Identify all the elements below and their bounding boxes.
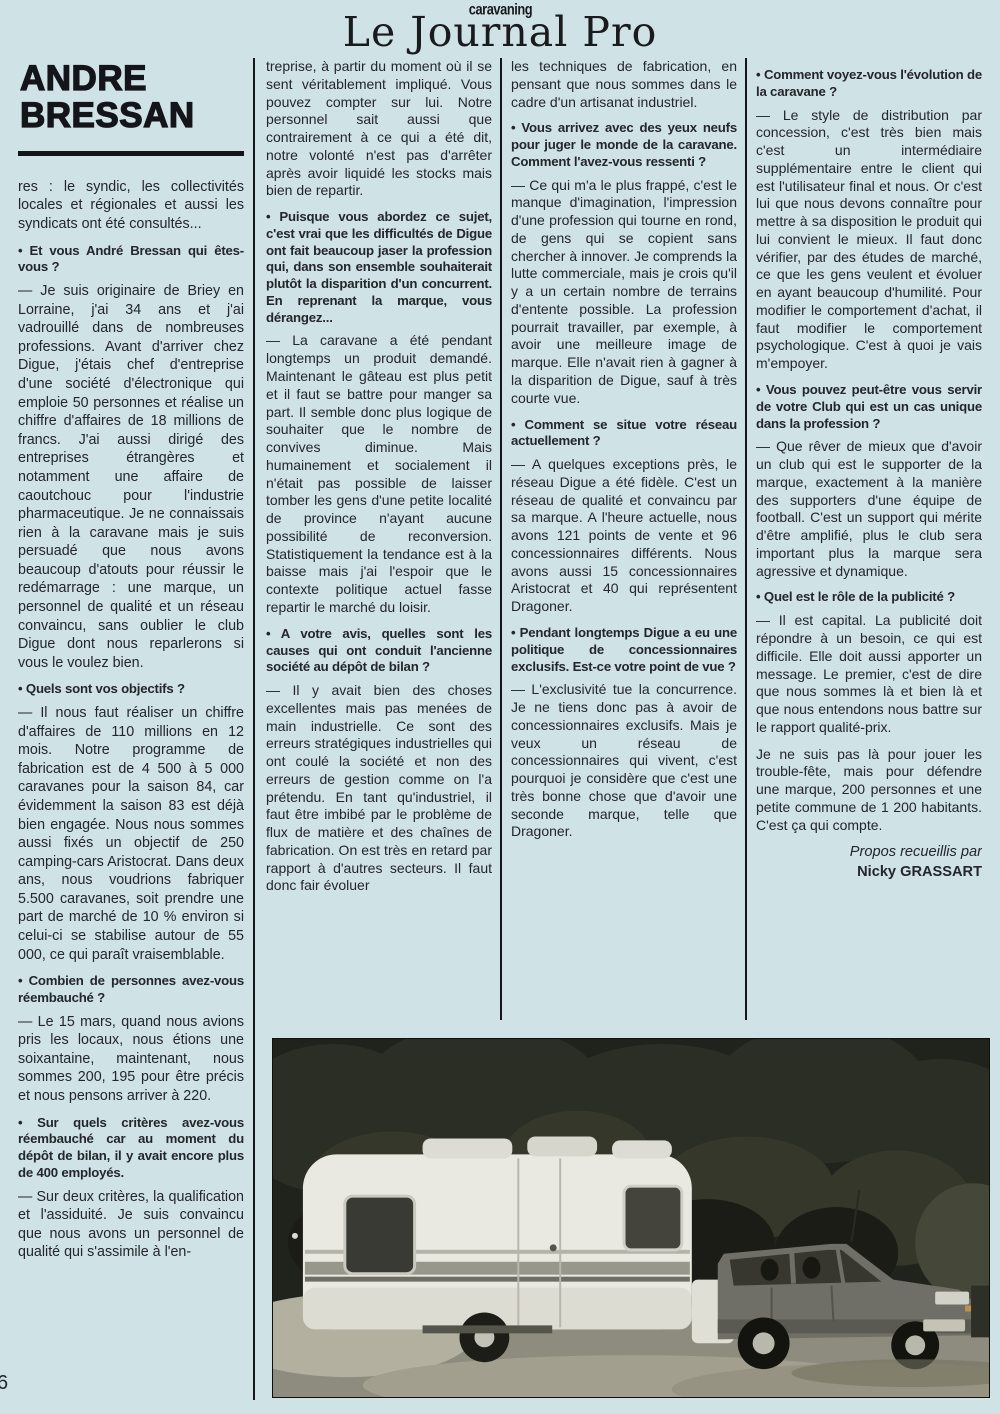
page-number: 6	[0, 1372, 8, 1395]
photo-illustration	[273, 1039, 989, 1397]
paragraph: les techniques de fabrication, en pensan…	[511, 58, 737, 111]
masthead-overline: caravaning	[468, 1, 531, 17]
interview-answer: — L'exclusivité tue la concurrence. Je n…	[511, 681, 737, 841]
interview-answer: — Je suis originaire de Briey en Lorrain…	[18, 282, 244, 672]
interview-answer: — Que rêver de mieux que d'avoir un club…	[756, 438, 982, 580]
interview-question: • Quel est le rôle de la publicité ?	[756, 589, 982, 606]
interview-answer: — La caravane a été pendant longtemps un…	[266, 332, 492, 616]
paragraph: treprise, à partir du moment où il se se…	[266, 58, 492, 200]
interview-answer: — Il nous faut réaliser un chiffre d'aff…	[18, 704, 244, 964]
column-rule-2	[500, 58, 502, 1020]
byline-name: Nicky GRASSART	[756, 863, 982, 883]
interview-answer: — A quelques exceptions près, le réseau …	[511, 456, 737, 616]
interview-question: • Comment se situe votre réseau actuelle…	[511, 417, 737, 451]
interview-question: • A votre avis, quelles sont les causes …	[266, 626, 492, 676]
interview-question: • Et vous André Bressan qui êtes-vous ?	[18, 243, 244, 277]
interview-answer: — Le 15 mars, quand nous avions pris les…	[18, 1013, 244, 1106]
column-1: ANDRE BRESSAN res : le syndic, les colle…	[18, 58, 244, 1406]
paragraph: res : le syndic, les collectivités local…	[18, 178, 244, 234]
headline-line-1: ANDRE	[20, 60, 244, 97]
interview-answer: — Il est capital. La publicité doit répo…	[756, 612, 982, 736]
column-4: • Comment voyez-vous l'évolution de la c…	[756, 58, 982, 1030]
column-2: treprise, à partir du moment où il se se…	[266, 58, 492, 1026]
column-rule-1	[253, 58, 255, 1400]
headline-rule	[18, 151, 244, 156]
magazine-page: caravaning Le Journal Pro ANDRE BRESSAN …	[0, 0, 1000, 1414]
masthead: caravaning Le Journal Pro	[0, 2, 1000, 53]
interview-question: • Quels sont vos objectifs ?	[18, 681, 244, 698]
interview-answer: — Ce qui m'a le plus frappé, c'est le ma…	[511, 177, 737, 408]
interview-question: • Vous arrivez avec des yeux neufs pour …	[511, 120, 737, 170]
interview-question: • Combien de personnes avez-vous réembau…	[18, 973, 244, 1007]
column-3: les techniques de fabrication, en pensan…	[511, 58, 737, 1026]
column-rule-3	[745, 58, 747, 1020]
interview-question: • Puisque vous abordez ce sujet, c'est v…	[266, 209, 492, 326]
interview-question: • Pendant longtemps Digue a eu une polit…	[511, 625, 737, 675]
byline: Propos recueillis par Nicky GRASSART	[756, 843, 982, 882]
interview-answer: — Le style de distribution par concessio…	[756, 107, 982, 373]
article-headline: ANDRE BRESSAN	[20, 60, 244, 135]
interview-answer: — Il y avait bien des choses excellentes…	[266, 682, 492, 895]
byline-prefix: Propos recueillis par	[756, 843, 982, 863]
paragraph: Je ne suis pas là pour jouer les trouble…	[756, 746, 982, 835]
interview-answer: — Sur deux critères, la qualification et…	[18, 1188, 244, 1262]
photo-caravan-and-car	[272, 1038, 990, 1398]
interview-question: • Sur quels critères avez-vous réembauch…	[18, 1115, 244, 1182]
interview-question: • Comment voyez-vous l'évolution de la c…	[756, 67, 982, 101]
interview-question: • Vous pouvez peut-être vous servir de v…	[756, 382, 982, 432]
headline-line-2: BRESSAN	[20, 97, 244, 134]
